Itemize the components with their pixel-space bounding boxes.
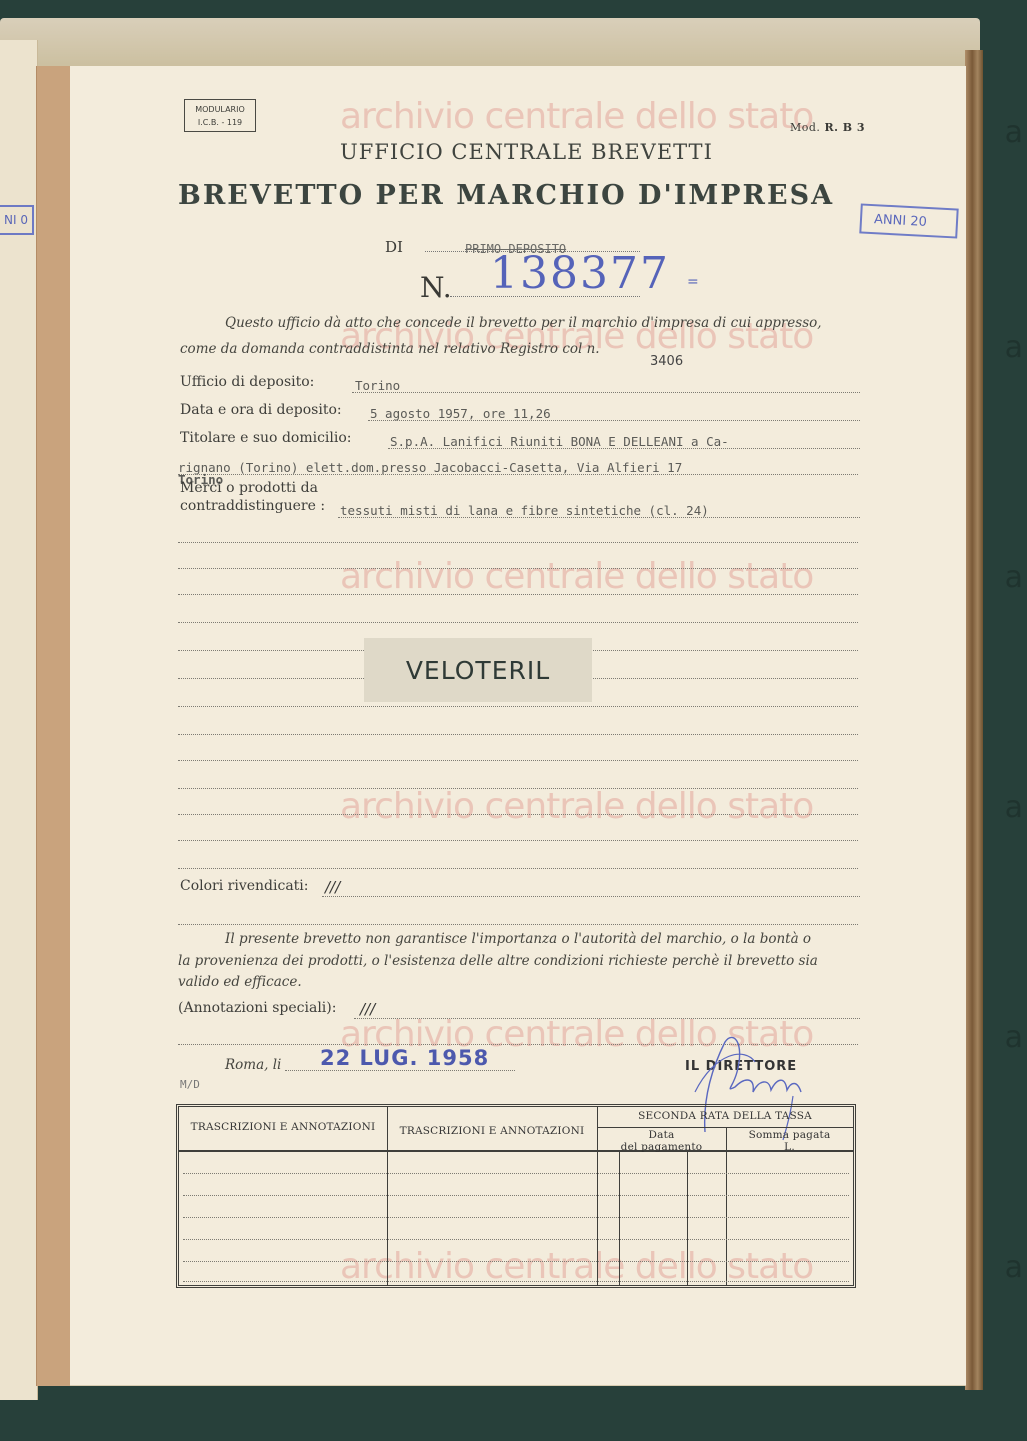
column-divider [687,1152,688,1285]
dotted-line [178,840,858,841]
colori-label: Colori rivendicati: [180,878,309,894]
disclaimer-line-1: Il presente brevetto non garantisce l'im… [225,928,811,950]
table-row [183,1281,849,1282]
left-stamp: NI 0 [0,205,34,235]
date-stamp: 22 LUG. 1958 [320,1046,489,1070]
background-mark: a [1005,1020,1023,1055]
merci-label-cont: contraddistinguere : [180,498,325,514]
initials: M/D [180,1078,200,1091]
dotted-line [178,568,858,569]
modulario-code: I.C.B. - 119 [185,116,255,129]
page-edge-right [965,50,983,1390]
date-header-line: Data [597,1129,726,1141]
dotted-line [178,734,858,735]
dotted-line [285,1070,515,1071]
dotted-line [178,868,858,869]
data-value: 5 agosto 1957, ore 11,26 [370,406,551,421]
watermark: archivio centrale dello stato [340,556,813,597]
table-row [183,1239,849,1240]
disclaimer-line-3: valido ed efficace. [178,971,302,993]
date-header: Data del pagamento [597,1129,726,1153]
dotted-line [178,474,858,475]
model-code: Mod. R. B 3 [790,121,865,134]
group-divider [597,1127,853,1128]
model-prefix: Mod. [790,121,820,134]
col1-header: TRASCRIZIONI E ANNOTAZIONI [179,1121,387,1133]
dotted-line [178,622,858,623]
binding-cloth [0,18,980,68]
di-label: DI [385,238,403,256]
place-label: Roma, li [225,1052,281,1078]
table-row [183,1195,849,1196]
date-header-line: del pagamento [597,1141,726,1153]
registro-number: 3406 [650,354,683,369]
data-label: Data e ora di deposito: [180,402,342,418]
sum-header-line: Somma pagata [726,1129,853,1141]
dotted-line [322,896,860,897]
intro-line-1: Questo ufficio dà atto che concede il br… [225,310,822,336]
annotazioni-value: /// [360,1000,375,1018]
transcriptions-table: TRASCRIZIONI E ANNOTAZIONI TRASCRIZIONI … [176,1104,856,1288]
dotted-line [178,814,858,815]
table-row [183,1217,849,1218]
model-code-value: R. B 3 [824,121,865,134]
patent-number: 138377 [490,248,670,299]
patent-document: archivio centrale dello stato archivio c… [70,66,966,1386]
sum-header: Somma pagata L. [726,1129,853,1153]
dotted-line [178,924,858,925]
column-divider [619,1152,620,1285]
background-mark: a [1005,790,1023,825]
ufficio-value: Torino [355,378,400,393]
ufficio-label: Ufficio di deposito: [180,374,314,390]
sum-header-line: L. [726,1141,853,1153]
dotted-line [178,706,858,707]
dotted-line [354,1018,860,1019]
anni-stamp: ANNI 20 [859,203,958,238]
background-mark: a [1005,115,1023,150]
titolare-value-cont: rignano (Torino) elett.dom.presso Jacoba… [178,460,682,475]
modulario-line: MODULARIO [185,103,255,116]
background-mark: a [1005,1250,1023,1285]
background-mark: a [1005,560,1023,595]
trademark-name: VELOTERIL [406,656,550,685]
trademark-specimen: VELOTERIL [364,638,592,702]
dotted-line [178,594,858,595]
merci-label: Merci o prodotti da [180,480,318,496]
previous-page-edge: NI 0 [0,40,38,1400]
group-header: SECONDA RATA DELLA TASSA [597,1110,853,1122]
dotted-line [178,542,858,543]
number-label: N. [420,271,452,304]
dotted-line [368,420,860,421]
col2-header: TRASCRIZIONI E ANNOTAZIONI [387,1125,597,1137]
document-title: BREVETTO PER MARCHIO D'IMPRESA [178,180,834,211]
table-row [183,1173,849,1174]
binding-tape [36,66,72,1386]
dotted-line [178,760,858,761]
watermark: archivio centrale dello stato [340,786,813,827]
titolare-label: Titolare e suo domicilio: [180,430,352,446]
intro-line-2: come da domanda contraddistinta nel rela… [180,336,600,362]
titolare-value: S.p.A. Lanifici Riuniti BONA E DELLEANI … [390,434,729,449]
colori-value: /// [325,878,340,896]
watermark: archivio centrale dello stato [340,96,813,137]
merci-value: tessuti misti di lana e fibre sintetiche… [340,503,709,518]
dotted-line [352,392,860,393]
office-name: UFFICIO CENTRALE BREVETTI [340,140,713,164]
background-mark: a [1005,330,1023,365]
disclaimer-line-2: la provenienza dei prodotti, o l'esisten… [178,950,818,972]
dotted-line [338,517,860,518]
table-row [183,1261,849,1262]
annotazioni-label: (Annotazioni speciali): [178,1000,336,1016]
dotted-line [178,788,858,789]
dotted-line [388,448,860,449]
number-suffix: = [687,274,699,290]
modulario-box: MODULARIO I.C.B. - 119 [184,99,256,132]
